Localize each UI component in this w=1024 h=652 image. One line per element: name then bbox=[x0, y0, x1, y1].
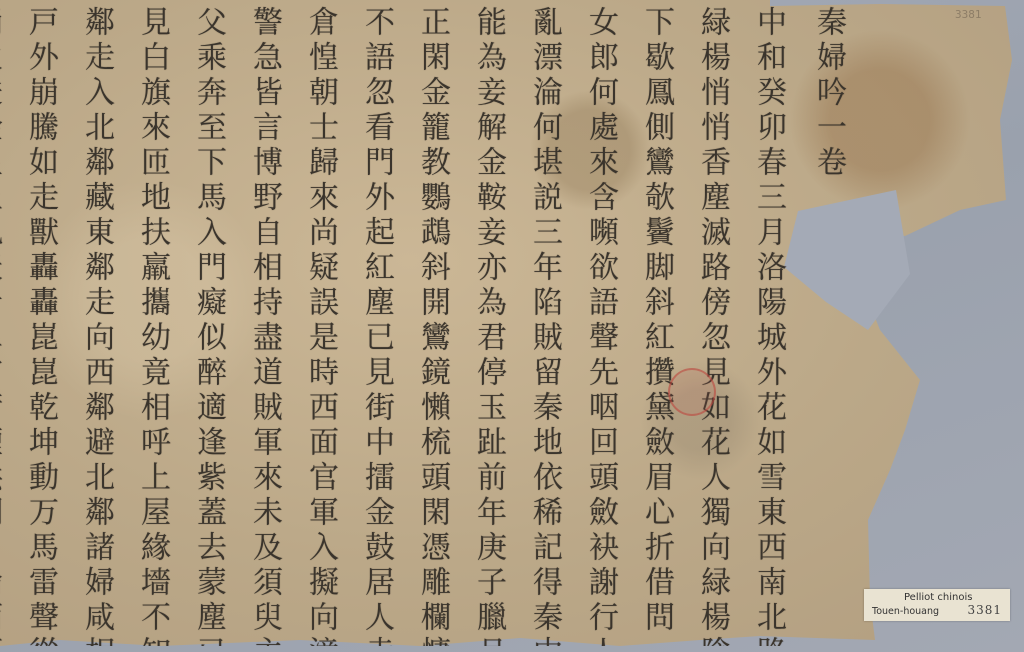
text-column: 中和癸卯春三月洛陽城外花如雪東西南北路人絶 bbox=[740, 6, 796, 646]
text-column: 涌火迸金星上九天十二官街煙烘烔日輪西下寒光白上 bbox=[0, 6, 12, 646]
catalog-label: Pelliot chinois Touen-houang 3381 bbox=[864, 589, 1010, 621]
text-column: 女郎何處來含嚬欲語聲先咽回頭斂袂謝行人喪 bbox=[572, 6, 628, 646]
text-column: 鄰走入北鄰藏東鄰走向西鄰避北鄰諸婦咸相湊 bbox=[68, 6, 124, 646]
text-column: 見白旗來匝地扶羸攜幼竟相呼上屋緣墻不知次南 bbox=[124, 6, 180, 646]
text-column: 亂漂淪何堪説三年陷賊留秦地依稀記得秦中事君 bbox=[516, 6, 572, 646]
label-collection: Pelliot chinois bbox=[904, 592, 972, 603]
text-column: 不語忽看門外起紅塵已見街中擂金鼓居人走出半 bbox=[348, 6, 404, 646]
text-column: 緑楊悄悄香塵滅路傍忽見如花人獨向緑楊陰 bbox=[684, 6, 740, 646]
text-columns: 秦婦吟一卷 中和癸卯春三月洛陽城外花如雪東西南北路人絶 緑楊悄悄香塵滅路傍忽見如… bbox=[0, 6, 874, 646]
red-seal-icon bbox=[668, 368, 716, 416]
text-column: 能為妾解金鞍妾亦為君停玉趾前年庚子臘月五 bbox=[460, 6, 516, 646]
text-column: 戸外崩騰如走獸轟轟崑崑乾坤動万馬雷聲從地 bbox=[12, 6, 68, 646]
text-column: 下歇鳳側鸞欹鬢脚斜紅攢黛斂眉心折借問 bbox=[628, 6, 684, 646]
text-column: 倉惶朝士歸來尚疑誤是時西面官軍入擬向潼關為 bbox=[292, 6, 348, 646]
text-column: 警急皆言博野自相持盡道賊軍來未及須臾主 bbox=[236, 6, 292, 646]
label-location: Touen-houang bbox=[872, 606, 939, 617]
manuscript-title-column: 秦婦吟一卷 bbox=[796, 6, 856, 646]
label-number: 3381 bbox=[967, 603, 1002, 617]
faint-catalog-number: 3381 bbox=[955, 8, 982, 21]
text-column: 正閑金籠教鸚鵡斜開鸞鏡懶梳頭閑憑雕欄慵 bbox=[404, 6, 460, 646]
text-column: 父乘奔至下馬入門癡似醉適逢紫蓋去蒙塵已 bbox=[180, 6, 236, 646]
